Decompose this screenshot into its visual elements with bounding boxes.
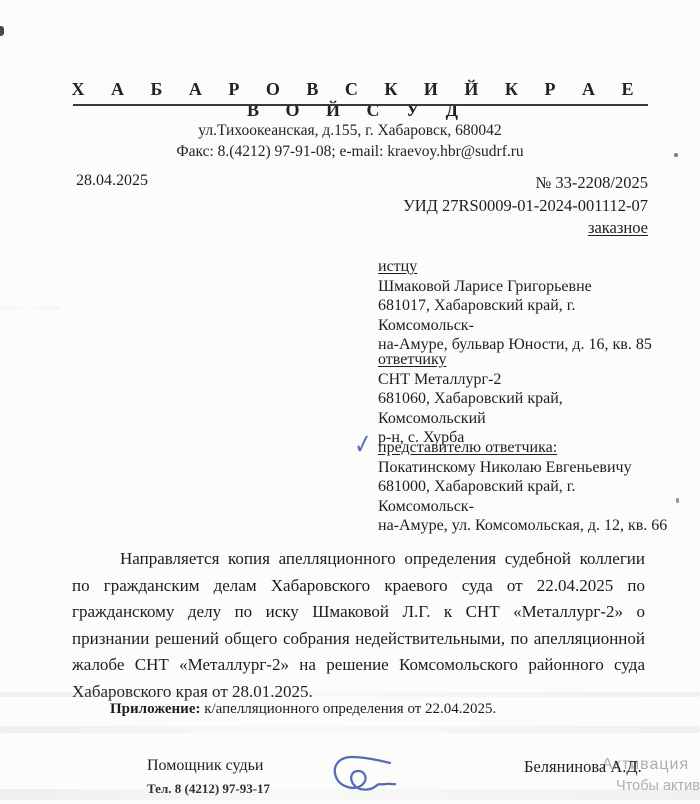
case-meta-block: № 33-2208/2025 УИД 27RS0009-01-2024-0011… bbox=[403, 172, 648, 240]
checkmark-icon: ✓ bbox=[353, 432, 373, 459]
activation-watermark-line2: Чтобы активи bbox=[616, 778, 700, 794]
court-contacts: Факс: 8.(4212) 97-91-08; e-mail: kraevoy… bbox=[30, 143, 670, 161]
attachment-text: к/апелляционного определения от 22.04.20… bbox=[200, 701, 496, 717]
recipient-defendant: ответчику СНТ Металлург-2 681060, Хабаро… bbox=[378, 350, 668, 448]
scan-artifact bbox=[0, 306, 60, 310]
recipient-representative: ✓ представителю ответчика: Покатинскому … bbox=[378, 438, 668, 536]
recipient-name: Шмаковой Ларисе Григорьевне bbox=[378, 277, 668, 297]
recipient-address-line: 681000, Хабаровский край, г. Комсомольск… bbox=[378, 477, 668, 516]
signer-name: Белянинова А.Д. bbox=[524, 757, 642, 777]
recipient-address-line: на-Амуре, ул. Комсомольская, д. 12, кв. … bbox=[378, 516, 668, 536]
case-uid: УИД 27RS0009-01-2024-001112-07 bbox=[403, 195, 648, 218]
body-line: гражданскому делу по иску Шмаковой Л.Г. … bbox=[72, 599, 645, 626]
body-line: по гражданским делам Хабаровского краево… bbox=[72, 573, 645, 600]
attachment-label: Приложение: bbox=[110, 701, 200, 717]
signature-scribble bbox=[324, 747, 398, 801]
recipient-name: Покатинскому Николаю Евгеньевичу bbox=[378, 458, 668, 478]
recipient-role: представителю ответчика: bbox=[378, 439, 557, 456]
body-line: жалобе СНТ «Металлург-2» на решение Комс… bbox=[72, 652, 645, 679]
scan-artifact bbox=[676, 498, 679, 503]
body-line: Направляется копия апелляционного опреде… bbox=[72, 546, 645, 573]
recipient-role: ответчику bbox=[378, 351, 447, 368]
attachment-line: Приложение: к/апелляционного определения… bbox=[110, 701, 496, 718]
signer-position: Помощник судьи bbox=[147, 757, 263, 775]
body-line: признании решений общего собрания недейс… bbox=[72, 626, 645, 653]
court-address: ул.Тихоокеанская, д.155, г. Хабаровск, 6… bbox=[30, 122, 670, 140]
recipient-plaintiff: истцу Шмаковой Ларисе Григорьевне 681017… bbox=[378, 257, 668, 355]
recipient-address-line: 681017, Хабаровский край, г. Комсомольск… bbox=[378, 296, 668, 335]
recipient-address-line: 681060, Хабаровский край, Комсомольский bbox=[378, 389, 668, 428]
scan-artifact bbox=[0, 26, 4, 36]
scan-artifact bbox=[0, 726, 700, 733]
outgoing-number: № 33-2208/2025 bbox=[403, 172, 648, 195]
scan-artifact bbox=[674, 153, 678, 157]
letter-body: Направляется копия апелляционного опреде… bbox=[72, 546, 645, 705]
header-divider bbox=[73, 104, 648, 106]
recipient-name: СНТ Металлург-2 bbox=[378, 370, 668, 390]
recipient-role: истцу bbox=[378, 258, 417, 275]
court-name-title: Х А Б А Р О В С К И Й К Р А Е В О Й С У … bbox=[60, 79, 650, 121]
scan-artifact bbox=[0, 692, 700, 697]
letter-date: 28.04.2025 bbox=[76, 172, 148, 190]
scanned-court-letter: Х А Б А Р О В С К И Й К Р А Е В О Й С У … bbox=[0, 0, 700, 804]
mail-type-label: заказное bbox=[588, 218, 648, 237]
